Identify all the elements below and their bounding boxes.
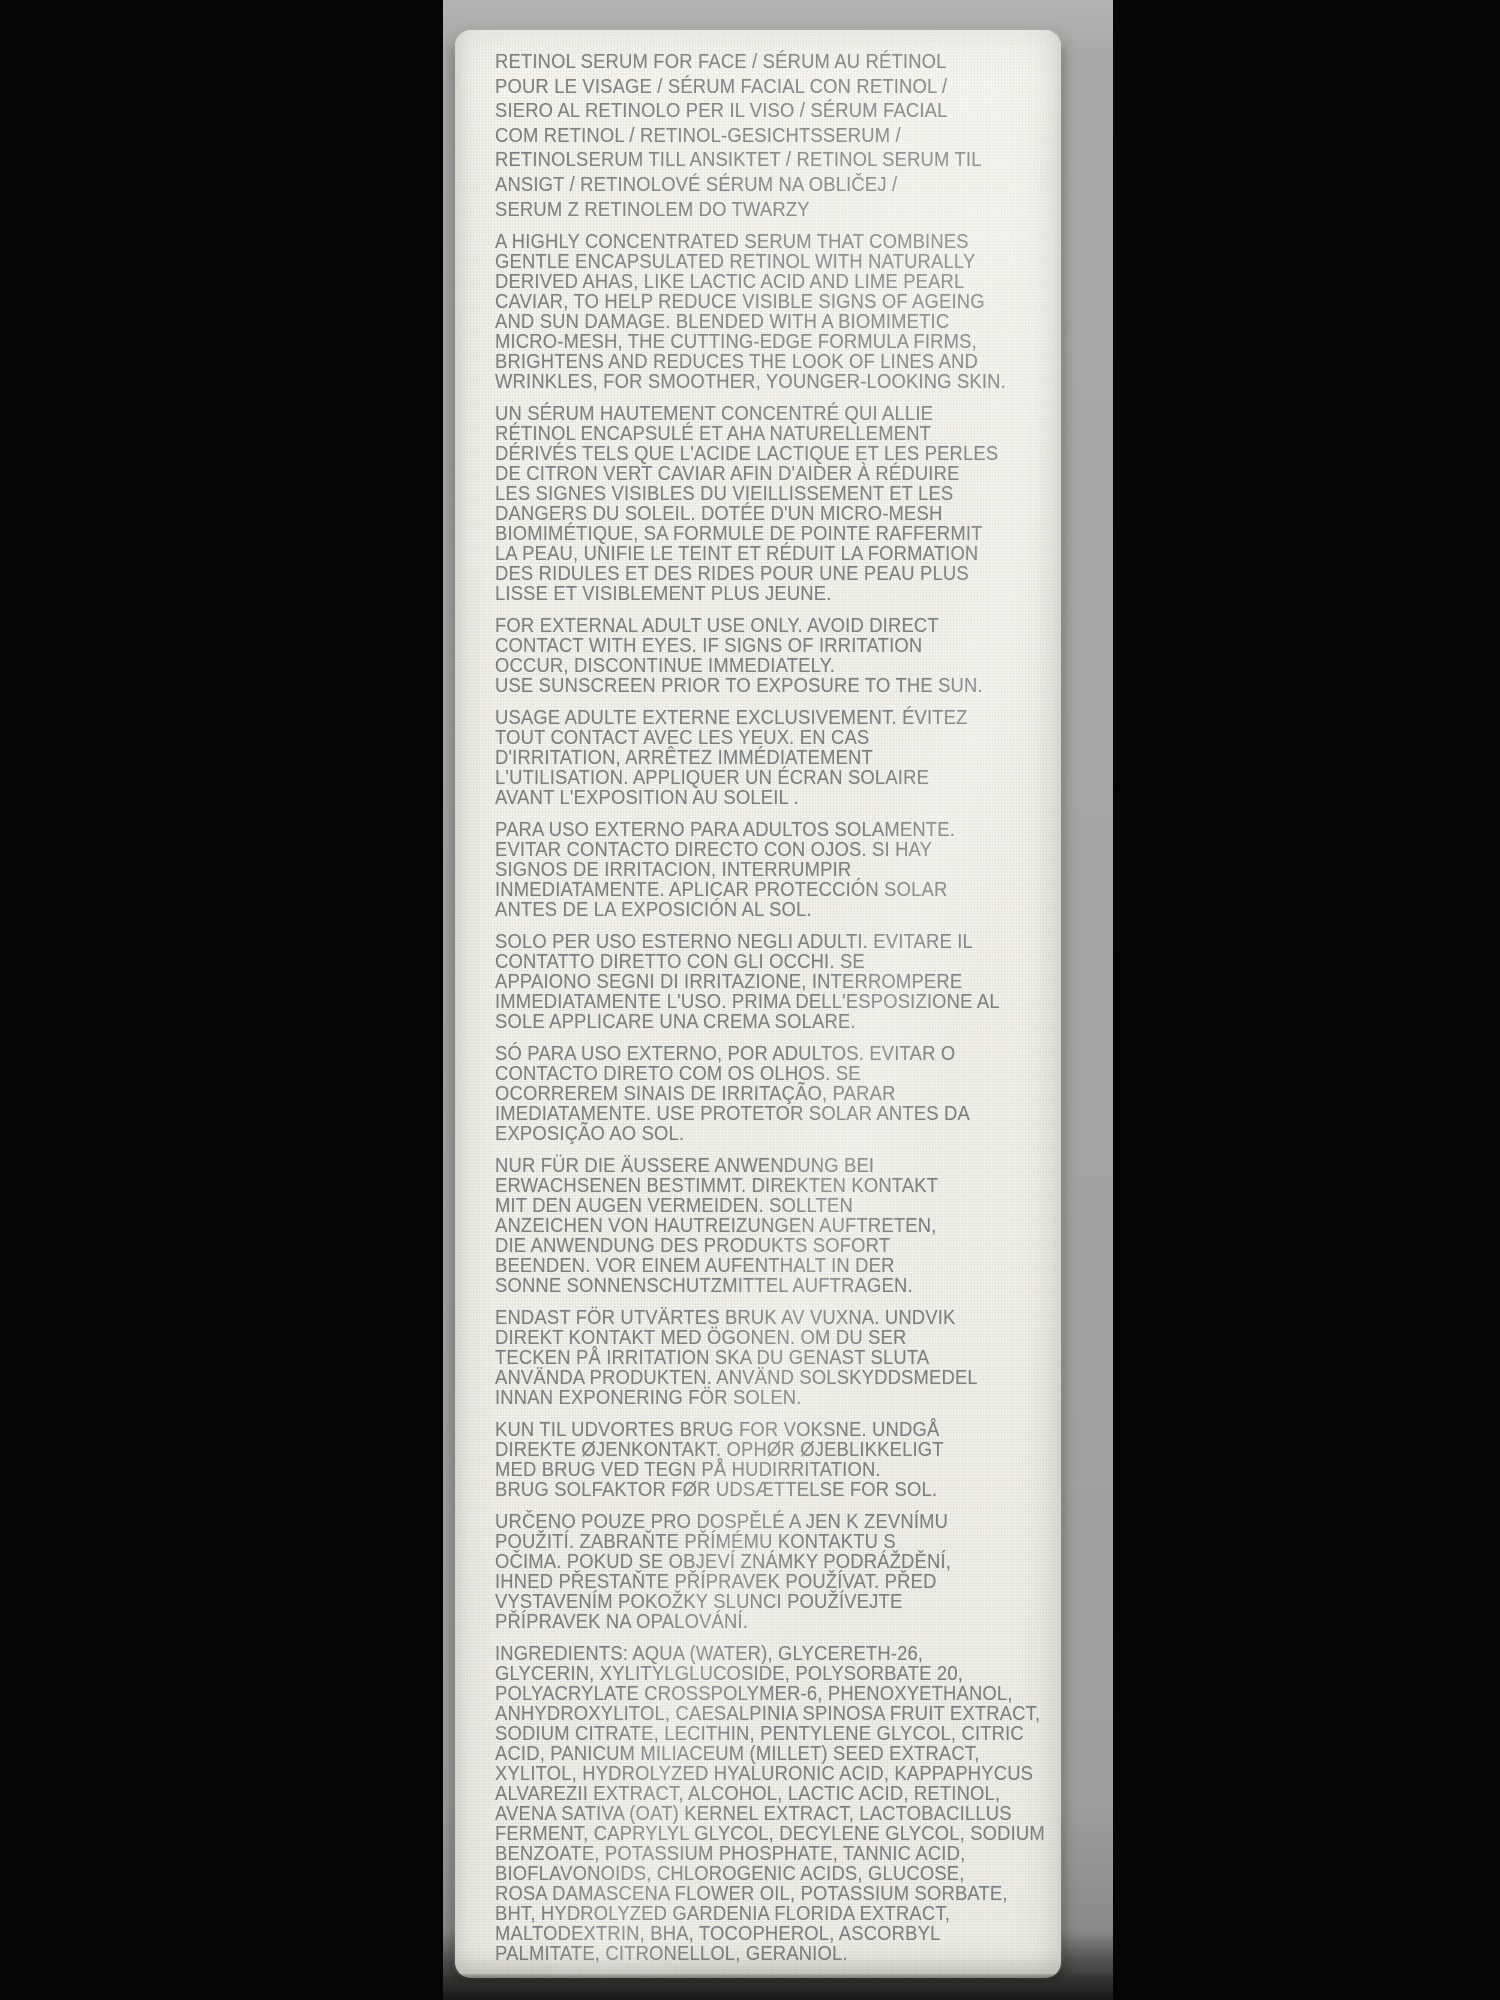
photo-backdrop: RETINOL SERUM FOR FACE / SÉRUM AU RÉTINO…: [443, 0, 1113, 2000]
description-fr: UN SÉRUM HAUTEMENT CONCENTRÉ QUI ALLIE R…: [495, 404, 1047, 604]
warning-da: KUN TIL UDVORTES BRUG FOR VOKSNE. UNDGÅ …: [495, 1420, 1047, 1500]
warning-en: FOR EXTERNAL ADULT USE ONLY. AVOID DIREC…: [495, 616, 1047, 696]
description-en: A HIGHLY CONCENTRATED SERUM THAT COMBINE…: [495, 232, 1047, 392]
warning-it: SOLO PER USO ESTERNO NEGLI ADULTI. EVITA…: [495, 932, 1047, 1032]
photo-black-background: RETINOL SERUM FOR FACE / SÉRUM AU RÉTINO…: [0, 0, 1500, 2000]
product-title-multilingual: RETINOL SERUM FOR FACE / SÉRUM AU RÉTINO…: [495, 50, 1047, 222]
warning-cs: URČENO POUZE PRO DOSPĚLÉ A JEN K ZEVNÍMU…: [495, 1512, 1047, 1632]
warning-es: PARA USO EXTERNO PARA ADULTOS SOLAMENTE.…: [495, 820, 1047, 920]
product-box-back-panel: RETINOL SERUM FOR FACE / SÉRUM AU RÉTINO…: [455, 30, 1061, 1978]
ingredients-list: INGREDIENTS: AQUA (WATER), GLYCERETH-26,…: [495, 1644, 1047, 1964]
warning-de: NUR FÜR DIE ÄUSSERE ANWENDUNG BEI ERWACH…: [495, 1156, 1047, 1296]
printed-text-block: RETINOL SERUM FOR FACE / SÉRUM AU RÉTINO…: [495, 50, 1047, 1964]
warning-fr: USAGE ADULTE EXTERNE EXCLUSIVEMENT. ÉVIT…: [495, 708, 1047, 808]
warning-pt: SÓ PARA USO EXTERNO, POR ADULTOS. EVITAR…: [495, 1044, 1047, 1144]
warning-sv: ENDAST FÖR UTVÄRTES BRUK AV VUXNA. UNDVI…: [495, 1308, 1047, 1408]
box-bottom-shadow: [443, 1974, 1113, 2000]
